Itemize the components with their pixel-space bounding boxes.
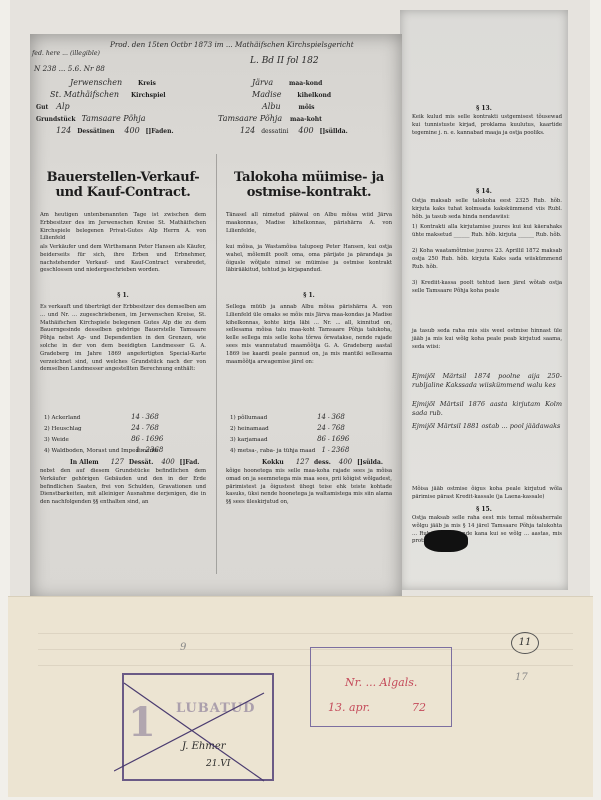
section-14-tail: Mõisa jääb ostmise õigus koha peale kirj… <box>412 486 562 502</box>
section-14-rest: ja tasub seda raha mis siis weel ostmise… <box>412 328 562 351</box>
cross-out-mark <box>114 675 284 785</box>
german-title-line2: und Kauf-Contract. <box>30 185 216 200</box>
german-land-table: 1) Ackerland14 - 3682) Heuschlag24 - 768… <box>44 412 210 456</box>
land-row: 3) Weide86 - 1696 <box>44 434 210 445</box>
kreis-label: Kreis <box>138 80 156 87</box>
handwritten-payment-2: Ejmijõl Märtsil 1876 aasta kirjutam Kolm… <box>412 400 562 418</box>
german-section1-text: Es verkauft und überträgt der Erbbesitze… <box>40 304 206 374</box>
land-row: 1) Ackerland14 - 368 <box>44 412 210 423</box>
kirchspiel-label: Kirchspiel <box>131 92 166 99</box>
contract-photo: Prod. den 15ten Octbr 1873 im ... Mathäi… <box>30 34 402 600</box>
estonian-total-syld-label: []sülda. <box>357 459 383 466</box>
estonian-intro: Tänasel all nimetud pääwal on Albu mõisa… <box>226 212 392 235</box>
gut-label: Gut <box>36 104 48 111</box>
land-row: 2) Heuschlag24 - 768 <box>44 423 210 434</box>
kreis-value: Jerwenschen <box>70 78 122 87</box>
approval-stamp: 1 LUBATUD J. Ehmer 21.VI <box>122 673 274 781</box>
estonian-section1-title: § 1. <box>216 292 402 299</box>
german-intro: Am heutigen untenbenannten Tage ist zwis… <box>40 212 206 243</box>
estonian-total-syld: 400 <box>339 458 352 466</box>
dessatini-label: dessatini <box>261 128 288 135</box>
syld-value: 400 <box>298 126 313 135</box>
maakoht-value: Tamsaare Põhja <box>218 114 282 123</box>
german-seller-buyer: als Verkäufer und dem Wirthsmann Peter H… <box>40 244 206 275</box>
section-13-text: Keik kulud mis selle kontrakti ustgemise… <box>412 114 562 137</box>
german-title: Bauerstellen-Verkauf- und Kauf-Contract. <box>30 170 216 200</box>
land-row: 4) Waldboden, Morast und Impedimente1 - … <box>44 445 210 456</box>
registration-word: Nr. ... Algals. <box>345 676 417 689</box>
dessatini-value: 124 <box>240 126 255 135</box>
estonian-total-dess: 127 <box>296 458 309 466</box>
section-15-title: § 15. <box>400 506 568 513</box>
mois-value: Albu <box>262 102 281 111</box>
kirchspiel-value: St. Mathäifschen <box>50 90 119 99</box>
german-total-dess-label: Dessät. <box>129 459 154 466</box>
estonian-total-dess-label: dess. <box>314 459 331 466</box>
section-13-title: § 13. <box>400 105 568 112</box>
estonian-title-line1: Talokoha müimise- ja <box>216 170 402 185</box>
land-row: 4) metsa-, raba- ja tühja maad1 - 2368 <box>230 445 396 456</box>
gut-value: Alp <box>56 102 69 111</box>
german-total-faden-label: []Fad. <box>180 459 200 466</box>
section-14-item-2: 2) Koha waatamõtmise juures 23. Aprillil… <box>412 248 562 271</box>
grundstueck-value: Tamsaare Põhja <box>81 114 145 123</box>
german-closing: nebst den auf diesem Grundstücke befindl… <box>40 468 206 507</box>
kihelkond-label: kihelkond <box>297 92 331 99</box>
handwritten-payment-3: Ejmijõl Märtsil 1881 ostab ... pool jääd… <box>412 422 562 431</box>
annotation-volume: L. Bd II fol 182 <box>250 56 319 66</box>
annotation-number: N 238 ... 5.6. Nr 88 <box>34 64 105 73</box>
faden-value: 400 <box>124 126 139 135</box>
section-14-item-1: 1) Kontrakti alla kirjutamise juures kui… <box>412 224 562 240</box>
german-total-faden: 400 <box>161 458 174 466</box>
circled-number: 11 <box>511 632 539 654</box>
redaction-blot <box>424 530 468 552</box>
land-row: 3) karjamaad86 - 1696 <box>230 434 396 445</box>
german-total-dess: 127 <box>111 458 124 466</box>
column-divider <box>216 154 217 574</box>
kihelkond-value: Madise <box>252 90 281 99</box>
estonian-section1-text: Sellega müüb ja annab Albu mõisa pärishä… <box>226 304 392 366</box>
german-title-line1: Bauerstellen-Verkauf- <box>30 170 216 185</box>
german-total-label: In Allem <box>70 459 99 466</box>
faden-label: []Faden. <box>146 128 174 135</box>
dessatinen-value: 124 <box>56 126 71 135</box>
section-14-intro: Ostja maksab selle talokoha eest 2325 Ru… <box>412 198 562 221</box>
estonian-land-table: 1) põllumaad14 - 3682) heinamaad24 - 768… <box>230 412 396 456</box>
annotation-fed: fed. here ... (illegible) <box>32 50 100 57</box>
estonian-title-line2: ostmise-kontrakt. <box>216 185 402 200</box>
maakond-value: Järva <box>252 78 273 87</box>
grundstueck-label: Grundstück <box>36 116 76 123</box>
handwritten-payment-1: Ejmijõl Märtsil 1874 poolne aija 250-rub… <box>412 372 562 390</box>
registration-date: 13. apr. <box>328 701 370 714</box>
archive-folder-sheet <box>8 596 593 797</box>
dessatinen-label: Dessätinen <box>77 128 114 135</box>
estonian-closing: kõige hoonetega mis selle maa-koha rajad… <box>226 468 392 507</box>
estonian-seller-buyer: kui mõisa, ja Wastamõisa talupoeg Peter … <box>226 244 392 275</box>
estonian-title: Talokoha müimise- ja ostmise-kontrakt. <box>216 170 402 200</box>
registration-year: 72 <box>412 701 426 714</box>
section-14-title: § 14. <box>400 188 568 195</box>
syld-label: []süllda. <box>320 128 348 135</box>
german-section1-title: § 1. <box>30 292 216 299</box>
estonian-total-label: Kokku <box>262 459 284 466</box>
maakoht-label: maa-koht <box>290 116 322 123</box>
section-14-item-3: 3) Krediit-kassa poolt tehtud laen järel… <box>412 280 562 296</box>
corner-number: 17 <box>515 672 528 683</box>
annotation-prod: Prod. den 15ten Octbr 1873 im ... Mathäi… <box>110 40 354 49</box>
land-row: 2) heinamaad24 - 768 <box>230 423 396 434</box>
right-page-photo: § 13. Keik kulud mis selle kontrakti ust… <box>400 10 568 590</box>
land-row: 1) põllumaad14 - 368 <box>230 412 396 423</box>
pencil-page-number: 9 <box>180 642 186 653</box>
maakond-label: maa-kond <box>289 80 322 87</box>
mois-label: mõis <box>299 104 315 111</box>
